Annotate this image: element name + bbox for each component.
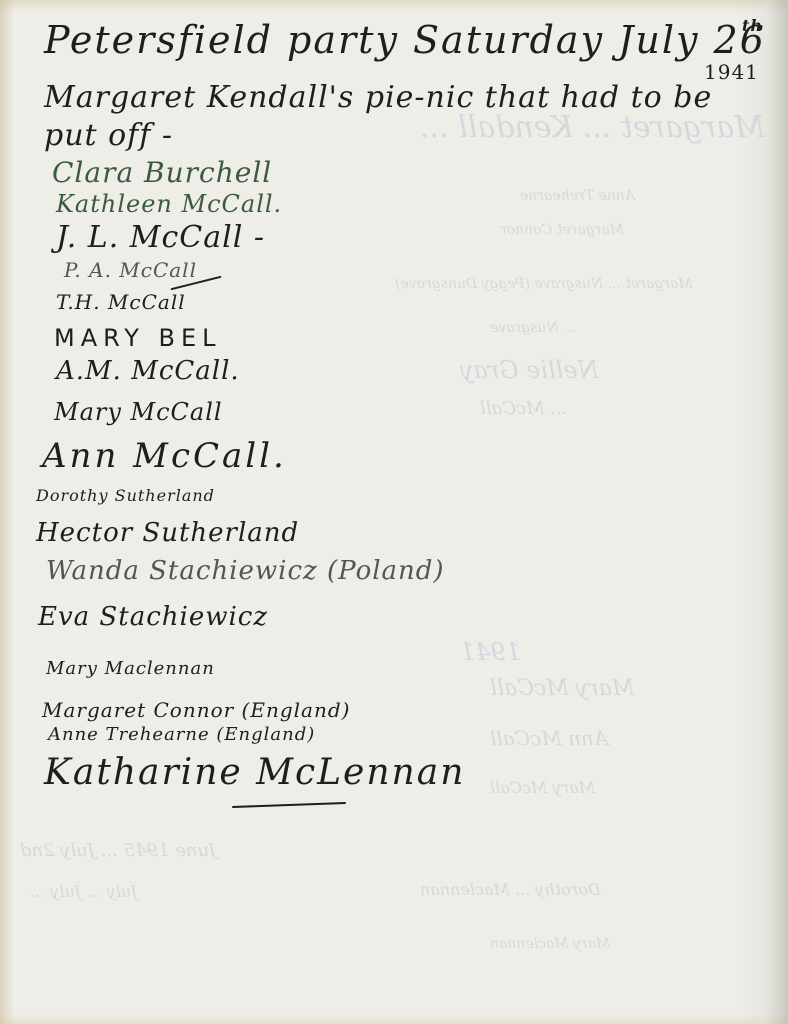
- signature: P. A. McCall: [64, 258, 197, 282]
- bleed-text: Anne Trehearne: [520, 188, 635, 204]
- signature: Mary Maclennan: [46, 658, 215, 679]
- signature: Hector Sutherland: [36, 518, 299, 548]
- heading-line-1: Petersfield party Saturday July 26: [44, 18, 766, 62]
- signature: Kathleen McCall.: [56, 190, 282, 218]
- bleed-text: Margaret ... Nusgrave (Peggy Dunsgrove): [395, 276, 693, 292]
- signature: T.H. McCall: [56, 290, 186, 314]
- bleed-text: Dorothy ... Maclennan: [420, 880, 601, 899]
- signature: Clara Burchell: [52, 156, 272, 189]
- heading-year: 1941: [704, 60, 759, 84]
- signature: Anne Trehearne (England): [48, 724, 315, 745]
- bleed-text: Margaret ... Kendall ...: [420, 110, 765, 145]
- bleed-text: Ann McCall: [490, 726, 608, 750]
- signature: Margaret Connor (England): [42, 698, 350, 722]
- heading-line-2: Margaret Kendall's pie-nic that had to b…: [44, 80, 712, 115]
- signature: J. L. McCall -: [56, 220, 265, 255]
- guestbook-page: Margaret ... Kendall ... Anne Trehearne …: [0, 0, 788, 1024]
- signature: MARY BEL: [54, 324, 222, 352]
- bleed-text: Nellie Gray: [460, 356, 599, 384]
- heading-superscript: th: [742, 16, 763, 35]
- bleed-text: Margaret Connor: [500, 222, 624, 238]
- signature: Ann McCall.: [42, 436, 287, 476]
- bleed-text: July ... July ...: [30, 882, 138, 901]
- signature: Eva Stachiewicz: [38, 602, 268, 632]
- bleed-text: ... McCall: [480, 398, 567, 419]
- signature-underline: [232, 802, 346, 808]
- bleed-text: Mary McCall: [490, 676, 634, 701]
- signature: Mary McCall: [54, 398, 223, 426]
- bleed-text: ... Nusgrave: [490, 320, 576, 336]
- signature: Dorothy Sutherland: [36, 486, 215, 505]
- bleed-text: Mary Maclennan: [490, 936, 610, 952]
- signature: Katharine McLennan: [44, 752, 465, 793]
- bleed-text: Mary McCall: [490, 778, 595, 797]
- heading-line-3: put off -: [44, 118, 173, 153]
- signature: A.M. McCall.: [56, 356, 240, 386]
- signature: Wanda Stachiewicz (Poland): [46, 556, 445, 586]
- bleed-text: 1941: [460, 638, 521, 666]
- bleed-text: June 1945 ... July 2nd: [20, 840, 216, 861]
